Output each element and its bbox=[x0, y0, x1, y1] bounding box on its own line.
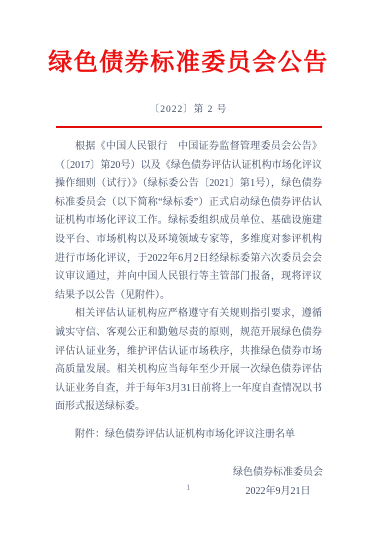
red-divider bbox=[56, 126, 322, 128]
attachment-line: 附件：绿色债券评估认证机构市场化评议注册名单 bbox=[55, 426, 322, 445]
announcement-page: 绿色债券标准委员会公告 〔2022〕第 2 号 根据《中国人民银行 中国证券监督… bbox=[0, 0, 377, 533]
announcement-body: 根据《中国人民银行 中国证券监督管理委员会公告》（〔2017〕第20号）以及《绿… bbox=[55, 138, 322, 417]
page-number: 1 bbox=[0, 483, 377, 492]
announcement-title: 绿色债券标准委员会公告 bbox=[10, 48, 367, 78]
signature-block: 绿色债券标准委员会 2022年9月21日 bbox=[0, 463, 323, 501]
body-paragraph-1: 根据《中国人民银行 中国证券监督管理委员会公告》（〔2017〕第20号）以及《绿… bbox=[55, 138, 322, 305]
body-paragraph-2: 相关评估认证机构应严格遵守有关规则指引要求，遵循诚实守信、客观公正和勤勉尽责的原… bbox=[55, 305, 322, 417]
signature-name: 绿色债券标准委员会 bbox=[233, 463, 323, 482]
doc-number: 〔2022〕第 2 号 bbox=[0, 104, 377, 116]
